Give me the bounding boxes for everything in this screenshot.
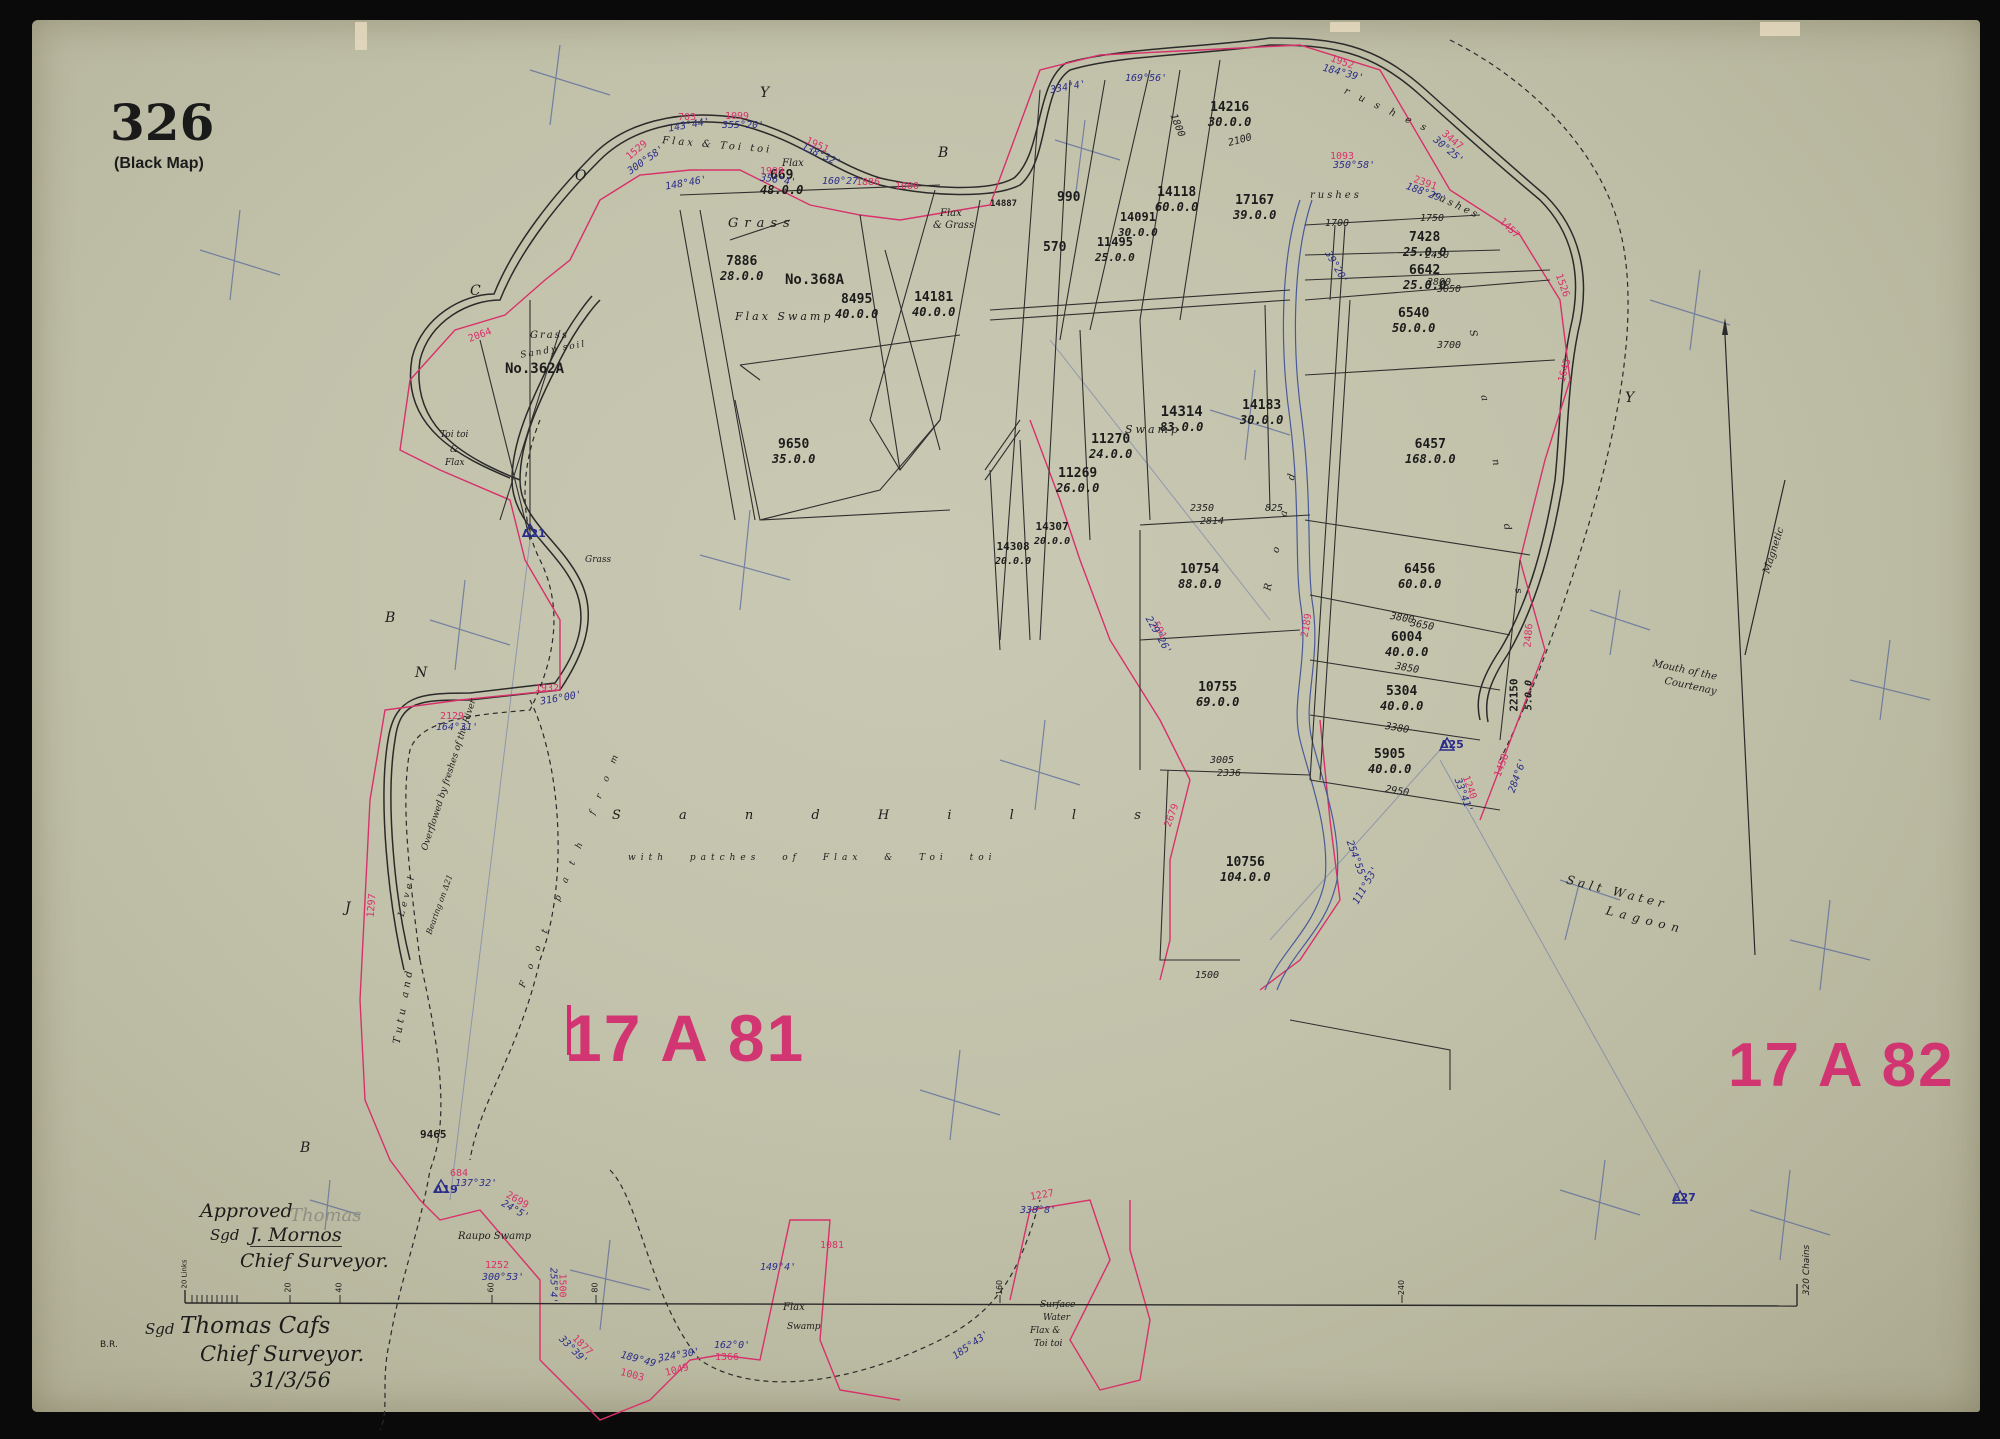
bay-letter: B <box>300 1140 310 1156</box>
chainage-black: 825 <box>1265 503 1283 514</box>
grass-label: Grass <box>728 216 796 231</box>
bearing-blue: 255°4' <box>548 1267 559 1303</box>
true-north-arrowhead-icon <box>1722 318 1728 335</box>
signatory-2: Thomas Cafs <box>180 1313 330 1339</box>
bay-letter: N <box>415 665 427 681</box>
bearing-blue: 164°31' <box>436 722 478 733</box>
flax-grass-l1: Flax <box>940 208 962 219</box>
lot-11495[interactable]: 1149525.0.0 <box>1095 235 1135 265</box>
bearing-blue: 338°8' <box>1020 1205 1056 1216</box>
scale-tick-240: 240 <box>1397 1280 1406 1295</box>
lot-14307[interactable]: 1430720.0.0 <box>1034 519 1070 549</box>
chainage-black: 2350 <box>1190 503 1214 514</box>
lot-362a[interactable]: No.362A <box>505 362 564 377</box>
lot-6540[interactable]: 654050.0.0 <box>1392 306 1435 336</box>
chainage-black: 3050 <box>1437 284 1461 295</box>
bearing-blue: 350°58' <box>1333 160 1375 171</box>
lot-6004[interactable]: 600440.0.0 <box>1385 630 1428 660</box>
dimension-red: 1000 <box>895 181 919 192</box>
bearing-blue: 160°27' <box>822 176 864 187</box>
lot-570[interactable]: 570 <box>1043 240 1066 255</box>
lot-8495[interactable]: 849540.0.0 <box>835 292 878 322</box>
lot-6457[interactable]: 6457168.0.0 <box>1405 437 1456 467</box>
grass-label-3: Grass <box>585 555 611 565</box>
north-arrow-icon <box>1725 335 1785 955</box>
lot-9650[interactable]: 965035.0.0 <box>772 437 815 467</box>
title-2: Chief Surveyor. <box>200 1342 364 1366</box>
lot-5304[interactable]: 530440.0.0 <box>1380 684 1423 714</box>
lot-14308[interactable]: 1430820.0.0 <box>995 539 1031 569</box>
dimension-red: 1297 <box>366 893 379 918</box>
courtenay-river <box>1265 200 1338 990</box>
section-boundaries <box>480 60 1555 1090</box>
bay-letter: Y <box>760 85 769 101</box>
bay-letter: O <box>575 168 586 184</box>
flax-grass-l2: & Grass <box>933 220 974 231</box>
stamp-left: 17 A 81 <box>565 1000 805 1076</box>
scale-tick-40: 40 <box>335 1282 344 1292</box>
bearing-blue: 162°0' <box>714 1340 750 1351</box>
lot-7886[interactable]: 788628.0.0 <box>720 254 763 284</box>
trig-triangles <box>434 524 1687 1203</box>
lot-14216[interactable]: 1421630.0.0 <box>1208 100 1251 130</box>
grass-label-2: Grass <box>530 330 569 341</box>
toi-flax-l2: & <box>450 445 458 455</box>
trig-27-label: Δ27 <box>1672 1191 1696 1204</box>
scale-tick-80: 80 <box>591 1282 600 1292</box>
sand-hills-sublabel: with patches of Flax & Toi toi <box>628 853 997 863</box>
lot-9465[interactable]: 9465 <box>420 1127 447 1142</box>
raupo-swamp-label: Raupo Swamp <box>458 1231 531 1242</box>
lot-17167[interactable]: 1716739.0.0 <box>1233 193 1276 223</box>
scale-tick-20: 20 <box>284 1282 293 1292</box>
sgd-label-2: Sgd <box>145 1320 174 1338</box>
chainage-black: 1700 <box>1325 218 1349 229</box>
pencil-note: Thomas <box>290 1205 361 1226</box>
lot-22150[interactable]: 221505.0.0 <box>1507 678 1537 711</box>
swamp-bottom-label: Swamp <box>787 1322 821 1332</box>
bay-letter: Y <box>1625 390 1634 406</box>
chainage-black: 2336 <box>1217 768 1241 779</box>
bay-letter: B <box>385 610 395 626</box>
toi-flax-l1: Toi toi <box>440 430 468 440</box>
coastline <box>384 38 1583 970</box>
bay-letter: C <box>470 283 481 299</box>
bearing-blue: 169°56' <box>1125 73 1167 84</box>
surface-water-l4: Toi toi <box>1034 1339 1062 1349</box>
lot-10755[interactable]: 1075569.0.0 <box>1196 680 1239 710</box>
lot-6456[interactable]: 645660.0.0 <box>1398 562 1441 592</box>
sgd-label-1: Sgd <box>210 1226 239 1244</box>
trig-21-label: Δ21 <box>522 527 546 540</box>
chainage-black: 2814 <box>1200 516 1224 527</box>
trig-25-label: Δ25 <box>1440 738 1464 751</box>
lot-11269[interactable]: 1126926.0.0 <box>1056 466 1099 496</box>
lot-5905[interactable]: 590540.0.0 <box>1368 747 1411 777</box>
sheet-subtitle: (Black Map) <box>114 155 204 173</box>
title-1: Chief Surveyor. <box>240 1250 389 1272</box>
chainage-black: 3700 <box>1437 340 1461 351</box>
bearing-blue: 300°53' <box>482 1272 524 1283</box>
dimension-red: 1252 <box>485 1260 509 1271</box>
sheet-number: 326 <box>110 98 214 148</box>
bay-letter: J <box>345 900 351 916</box>
sand-hills-label: S a n d H i l l s <box>612 808 1153 823</box>
lot-14183[interactable]: 1418330.0.0 <box>1240 398 1283 428</box>
dimension-red: 1366 <box>715 1352 739 1363</box>
scale-right-label: 320 Chains <box>1802 1245 1812 1295</box>
scale-tick-160: 160 <box>995 1280 1004 1295</box>
lot-990[interactable]: 990 <box>1057 190 1080 205</box>
bearing-blue: 149°4' <box>760 1262 796 1273</box>
dimension-red: 1932 <box>535 683 559 694</box>
flax-swamp-label: Flax Swamp <box>735 310 833 323</box>
lot-11270[interactable]: 1127024.0.0 <box>1089 432 1132 462</box>
dimension-red: 1081 <box>820 1240 844 1251</box>
scale-tick-60: 60 <box>487 1282 496 1292</box>
approved-label: Approved <box>200 1200 293 1222</box>
chainage-black: 2450 <box>1425 250 1449 261</box>
surface-water-l1: Surface <box>1040 1300 1075 1310</box>
bay-letter: B <box>938 145 948 161</box>
initials: B.R. <box>100 1340 118 1350</box>
lot-14314[interactable]: 1431483.0.0 <box>1160 405 1203 435</box>
lot-368a[interactable]: No.368A <box>785 273 844 288</box>
stamp-right: 17 A 82 <box>1728 1030 1955 1101</box>
signatory-1: J. Mornos <box>250 1224 342 1247</box>
dimension-red: 2129 <box>440 711 464 722</box>
lot-14887[interactable]: 14887 <box>990 197 1017 212</box>
rushes-label-2: rushes <box>1310 190 1362 201</box>
lot-10756[interactable]: 10756104.0.0 <box>1220 855 1271 885</box>
toi-flax-l3: Flax <box>445 458 465 468</box>
dimension-red: 2486 <box>1523 623 1536 648</box>
lot-14118[interactable]: 1411860.0.0 <box>1155 185 1198 215</box>
chainage-black: 1500 <box>1195 970 1219 981</box>
surface-water-l2: Water <box>1043 1313 1070 1323</box>
chainage-black: 3005 <box>1210 755 1234 766</box>
chainage-black: 1750 <box>1420 213 1444 224</box>
lot-10754[interactable]: 1075488.0.0 <box>1178 562 1221 592</box>
reserve-marker <box>567 1005 571 1055</box>
bearing-blue: 355°20' <box>722 120 764 131</box>
approval-date: 31/3/56 <box>250 1368 331 1392</box>
scale-left-label: 20 Links <box>181 1259 189 1288</box>
surface-water-l3: Flax & <box>1030 1326 1060 1336</box>
lot-14181[interactable]: 1418140.0.0 <box>912 290 955 320</box>
flax-bottom-label: Flax <box>783 1302 805 1313</box>
bearing-blue: 137°32' <box>455 1178 497 1189</box>
